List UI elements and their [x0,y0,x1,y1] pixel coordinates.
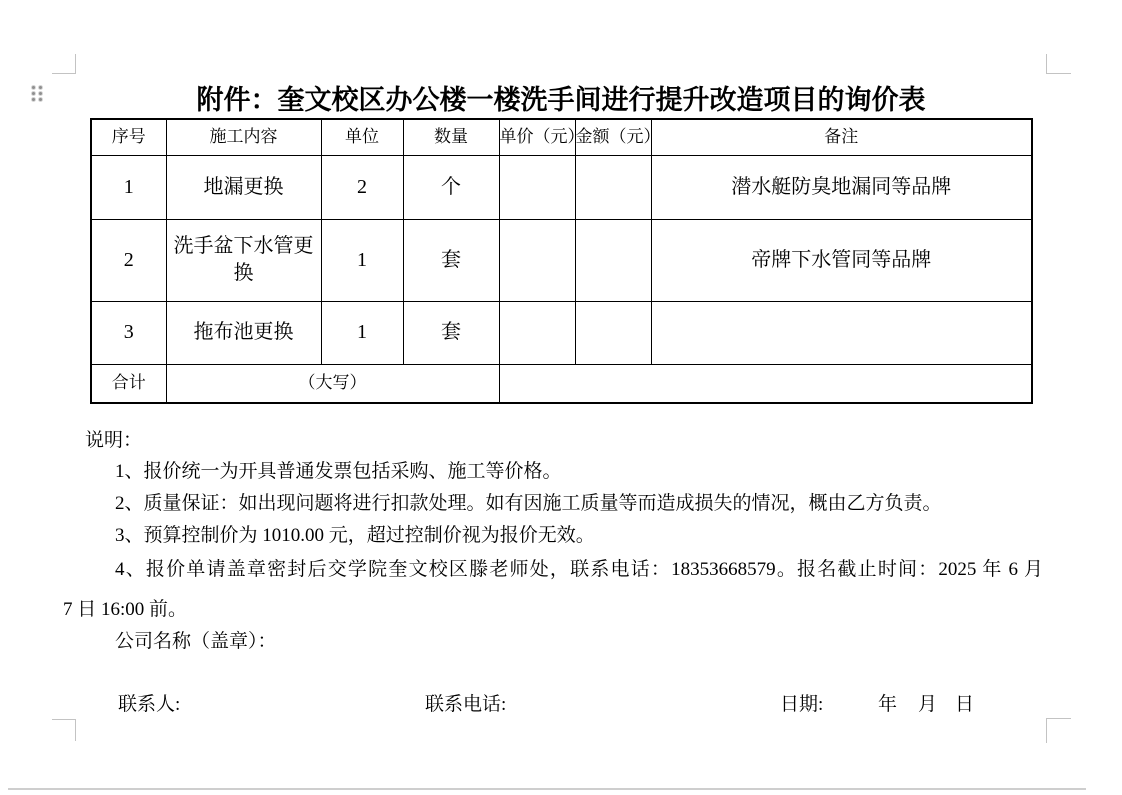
date-label: 日期: [780,689,823,716]
header-amount: 金额（元） [575,119,651,155]
cell-note: 潜水艇防臭地漏同等品牌 [651,155,1032,219]
note-item-4-line-1: 4、报价单请盖章密封后交学院奎文校区滕老师处，联系电话：18353668579。… [63,559,1043,582]
header-unit: 单位 [321,119,403,155]
cell-unit-price-blank[interactable] [499,301,575,364]
table-row: 1 地漏更换 2 个 潜水艇防臭地漏同等品牌 [91,155,1032,219]
cell-seq: 1 [91,155,166,219]
margin-mark-top-left-icon [52,54,76,74]
note-item-1: 1、报价统一为开具普通发票包括采购、施工等价格。 [63,461,1043,484]
note-item-3: 3、预算控制价为 1010.00 元，超过控制价视为报价无效。 [63,525,1043,548]
margin-mark-bottom-left-icon [52,719,76,741]
date-year-label: 年 [878,689,897,716]
header-unit-price: 单价（元） [499,119,575,155]
page-title: 附件：奎文校区办公楼一楼洗手间进行提升改造项目的询价表 [0,78,1122,117]
cell-qty: 套 [403,219,499,301]
cell-seq: 3 [91,301,166,364]
cell-qty: 个 [403,155,499,219]
header-content: 施工内容 [166,119,321,155]
cell-note-blank[interactable] [651,301,1032,364]
cell-amount-blank[interactable] [575,155,651,219]
contact-person-label: 联系人: [118,689,180,716]
total-label: 合计 [91,364,166,403]
total-amount-blank[interactable] [499,364,1032,403]
company-name-line: 公司名称（盖章）： [63,631,1043,654]
cell-content: 洗手盆下水管更换 [166,219,321,301]
cell-note: 帝牌下水管同等品牌 [651,219,1032,301]
margin-mark-top-right-icon [1046,54,1071,74]
header-seq: 序号 [91,119,166,155]
cell-unit: 1 [321,219,403,301]
cell-qty: 套 [403,301,499,364]
cell-amount-blank[interactable] [575,219,651,301]
table-header-row: 序号 施工内容 单位 数量 单价（元） 金额（元） 备注 [91,119,1032,155]
inquiry-table: 序号 施工内容 单位 数量 单价（元） 金额（元） 备注 1 地漏更换 2 个 … [90,118,1033,404]
header-qty: 数量 [403,119,499,155]
notes-heading: 说明： [85,430,142,453]
table-row: 2 洗手盆下水管更换 1 套 帝牌下水管同等品牌 [91,219,1032,301]
note-item-2: 2、质量保证：如出现问题将进行扣款处理。如有因施工质量等而造成损失的情况，概由乙… [63,493,1043,516]
cell-amount-blank[interactable] [575,301,651,364]
date-month-label: 月 [918,689,937,716]
date-day-label: 日 [955,689,974,716]
contact-phone-label: 联系电话: [425,689,506,716]
cell-content: 拖布池更换 [166,301,321,364]
note-item-4-line-2: 7 日 16:00 前。 [63,599,1043,622]
cell-unit: 2 [321,155,403,219]
cell-seq: 2 [91,219,166,301]
header-note: 备注 [651,119,1032,155]
total-caps-label: （大写） [166,364,499,403]
page-bottom-edge [8,788,1086,790]
margin-mark-bottom-right-icon [1046,718,1071,743]
table-total-row: 合计 （大写） [91,364,1032,403]
cell-unit-price-blank[interactable] [499,155,575,219]
cell-content: 地漏更换 [166,155,321,219]
document-page: 附件：奎文校区办公楼一楼洗手间进行提升改造项目的询价表 序号 施工内容 单位 数… [0,0,1122,795]
cell-unit: 1 [321,301,403,364]
cell-unit-price-blank[interactable] [499,219,575,301]
table-row: 3 拖布池更换 1 套 [91,301,1032,364]
